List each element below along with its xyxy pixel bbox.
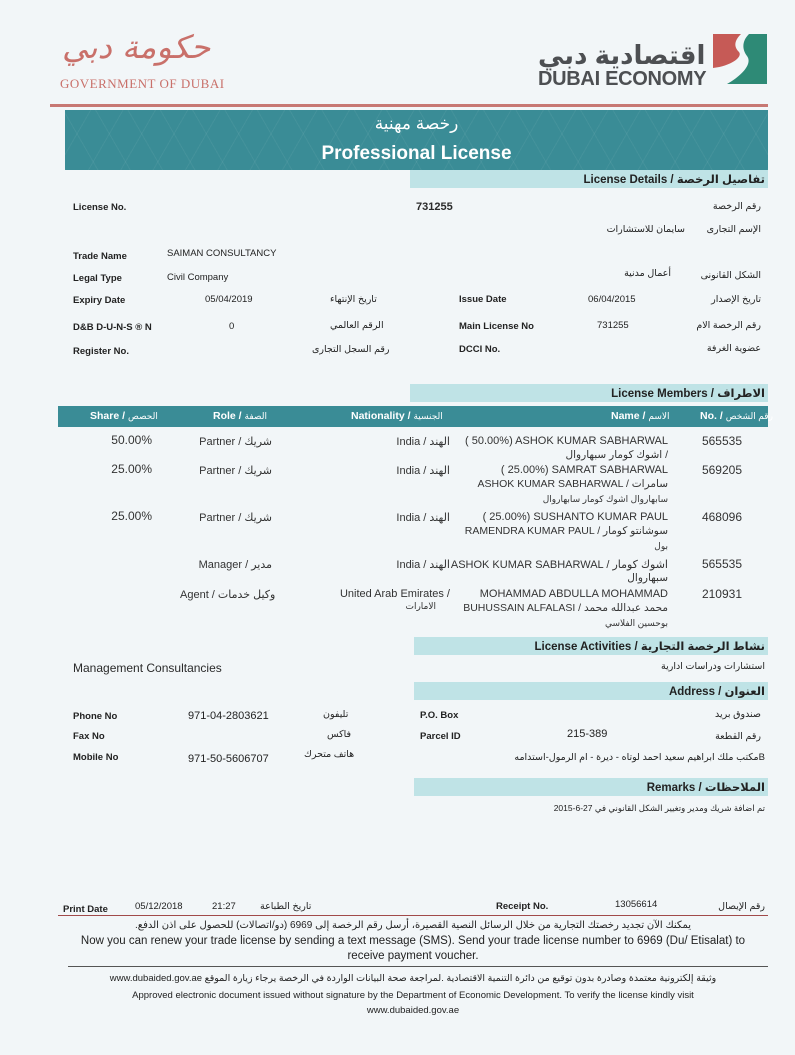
member-role: Partner / شريك [180, 464, 272, 477]
section-title-ar: العنوان [725, 686, 765, 698]
member-name: ( 25.00%) SUSHANTO KUMAR PAUL [440, 511, 668, 523]
expiry-date-label: Expiry Date [73, 295, 125, 306]
member-role: Agent / وكيل خدمات [180, 588, 272, 601]
member-name-line2: BUHUSSAIN ALFALASI / محمد عبدالله محمد [440, 602, 668, 614]
member-share: 25.00% [96, 462, 152, 476]
receipt-no-value: 13056614 [615, 899, 657, 910]
approved-notice-ar: وثيقة إلكترونية معتمدة وصادرة بدون توقيع… [58, 973, 768, 984]
member-name-line2: RAMENDRA KUMAR PAUL / سوشانتو كومار [440, 525, 668, 537]
verify-website-link[interactable]: www.dubaided.gov.ae [58, 1005, 768, 1016]
duns-label: D&B D-U-N-S ® N [73, 322, 152, 333]
section-title-en: License Activities [535, 641, 632, 653]
government-of-dubai-logo-text: GOVERNMENT OF DUBAI [60, 76, 225, 92]
footer-divider-top [58, 915, 768, 916]
member-number: 569205 [690, 463, 742, 477]
print-date-label: Print Date [63, 904, 108, 915]
activity-value: Management Consultancies [73, 661, 222, 675]
expiry-date-value: 05/04/2019 [205, 294, 253, 305]
print-date-value: 05/12/2018 [135, 901, 183, 912]
phone-value: 971-04-2803621 [188, 710, 269, 722]
parcel-id-label-ar: رقم القطعة [715, 731, 761, 742]
fax-label-ar: فاكس [327, 729, 351, 740]
trade-name-label-ar: الإسم التجارى [707, 224, 761, 235]
po-box-label: P.O. Box [420, 710, 458, 721]
license-details-heading: License Details / تفاصيل الرخصة [583, 172, 765, 186]
member-number: 565535 [690, 434, 742, 448]
sms-notice-en-line2: receive payment voucher. [58, 950, 768, 962]
receipt-no-label-ar: رقم الإيصال [718, 901, 765, 912]
column-header-name: Name / الاسم [611, 410, 670, 422]
remarks-heading: Remarks / الملاحظات [647, 780, 765, 794]
member-nationality: India / الهند [300, 464, 450, 477]
sms-notice-en-line1: Now you can renew your trade license by … [58, 935, 768, 947]
mobile-label-ar: هاتف متحرك [304, 749, 354, 760]
footer-divider-bottom [68, 966, 768, 967]
member-name-line3: بول [440, 541, 668, 552]
parcel-id-value: 215-389 [567, 728, 607, 740]
member-nationality: United Arab Emirates / [300, 588, 450, 600]
member-role: Partner / شريك [180, 511, 272, 524]
legal-type-label: Legal Type [73, 273, 122, 284]
column-header-no: No. / رقم الشخص [700, 410, 773, 422]
legal-type-label-ar: الشكل القانونى [701, 270, 761, 281]
register-no-label-ar: رقم السجل التجارى [312, 344, 390, 355]
member-name-line2: اشوك كومار سبهاروال / [440, 449, 668, 461]
member-name-line3: بوحسين الفلاسي [440, 618, 668, 629]
section-title-ar: الاطراف [717, 388, 765, 400]
trade-name-label: Trade Name [73, 251, 127, 262]
member-nationality-ar: الامارات [300, 601, 436, 612]
dubai-economy-logo-arabic: اقتصادية دبي [538, 40, 705, 71]
approved-notice-en-line1: Approved electronic document issued with… [58, 990, 768, 1001]
mobile-value: 971-50-5606707 [188, 753, 269, 765]
member-number: 565535 [690, 557, 742, 571]
member-role: Manager / مدير [180, 558, 272, 571]
section-title-en: Address [669, 686, 715, 698]
phone-label-ar: تليفون [323, 709, 348, 720]
mobile-label: Mobile No [73, 752, 118, 763]
member-name: ASHOK KUMAR SABHARWAL / اشوك كومار [440, 558, 668, 571]
column-header-nationality: Nationality / الجنسية [351, 410, 443, 422]
member-share: 50.00% [96, 433, 152, 447]
section-title-en: License Members [611, 388, 708, 400]
register-no-label: Register No. [73, 346, 129, 357]
dubai-economy-logo-text: DUBAI ECONOMY [538, 68, 706, 91]
section-title-ar: تفاصيل الرخصة [677, 174, 765, 186]
license-no-label-ar: رقم الرخصة [713, 201, 761, 212]
member-nationality: India / الهند [300, 511, 450, 524]
po-box-label-ar: صندوق بريد [715, 709, 761, 720]
dcci-no-label-ar: عضوية الغرفة [707, 343, 761, 354]
address-heading: Address / العنوان [669, 684, 765, 698]
dubai-economy-emblem-icon [713, 30, 767, 84]
remarks-text: تم اضافة شريك ومدير وتغيير الشكل القانون… [554, 803, 765, 814]
government-of-dubai-logo-arabic: حكومة دبي [62, 28, 210, 66]
member-nationality: India / الهند [300, 558, 450, 571]
member-name: MOHAMMAD ABDULLA MOHAMMAD [440, 588, 668, 600]
license-no-label: License No. [73, 202, 126, 213]
member-share: 25.00% [96, 509, 152, 523]
license-no-value: 731255 [416, 201, 453, 213]
member-name: ( 50.00%) ASHOK KUMAR SABHARWAL [440, 435, 668, 447]
expiry-date-label-ar: تاريخ الإنتهاء [330, 294, 377, 305]
address-location-ar: Bمكتب ملك ابراهيم سعيد احمد لوتاه - ديرة… [514, 752, 765, 763]
issue-date-value: 06/04/2015 [588, 294, 636, 305]
trade-name-value-ar: سايمان للاستشارات [607, 224, 685, 235]
column-header-role: Role / الصفة [213, 410, 267, 422]
member-number: 468096 [690, 510, 742, 524]
dcci-no-label: DCCI No. [459, 344, 500, 355]
activity-value-ar: استشارات ودراسات ادارية [661, 661, 765, 672]
parcel-id-label: Parcel ID [420, 731, 461, 742]
sms-notice-ar: يمكنك الآن تجديد رخصتك التجارية من خلال … [58, 920, 768, 931]
main-license-label-ar: رقم الرخصة الام [696, 320, 761, 331]
receipt-no-label: Receipt No. [496, 901, 548, 912]
page-title: Professional License [65, 143, 768, 165]
legal-type-value: Civil Company [167, 272, 228, 283]
column-header-share: Share / الحصص [90, 410, 158, 422]
member-name-line2: ASHOK KUMAR SABHARWAL / سامرات [440, 478, 668, 490]
section-title-ar: الملاحظات [705, 782, 765, 794]
phone-label: Phone No [73, 711, 117, 722]
section-title-ar: نشاط الرخصة التجارية [641, 641, 765, 653]
issue-date-label-ar: تاريخ الإصدار [711, 294, 761, 305]
member-name: ( 25.00%) SAMRAT SABHARWAL [440, 464, 668, 476]
main-license-label: Main License No [459, 321, 534, 332]
legal-type-value-ar: أعمال مدنية [624, 268, 671, 279]
member-name-line2: سبهاروال [440, 572, 668, 584]
section-title-en: Remarks [647, 782, 696, 794]
member-role: Partner / شريك [180, 435, 272, 448]
duns-label-ar: الرقم العالمي [330, 320, 384, 331]
main-license-value: 731255 [597, 320, 629, 331]
fax-label: Fax No [73, 731, 105, 742]
section-title-en: License Details [583, 174, 667, 186]
print-time-value: 21:27 [212, 901, 236, 912]
print-date-label-ar: تاريخ الطباعة [260, 901, 311, 912]
member-nationality: India / الهند [300, 435, 450, 448]
trade-name-value: SAIMAN CONSULTANCY [167, 248, 276, 259]
member-name-line3: سابهاروال اشوك كومار سابهاروال [440, 494, 668, 505]
license-members-heading: License Members / الاطراف [611, 386, 765, 400]
header-divider [50, 104, 768, 107]
issue-date-label: Issue Date [459, 294, 507, 305]
member-number: 210931 [690, 587, 742, 601]
license-activities-heading: License Activities / نشاط الرخصة التجاري… [535, 639, 765, 653]
title-arabic: رخصة مهنية [65, 114, 768, 134]
duns-value: 0 [229, 321, 234, 332]
